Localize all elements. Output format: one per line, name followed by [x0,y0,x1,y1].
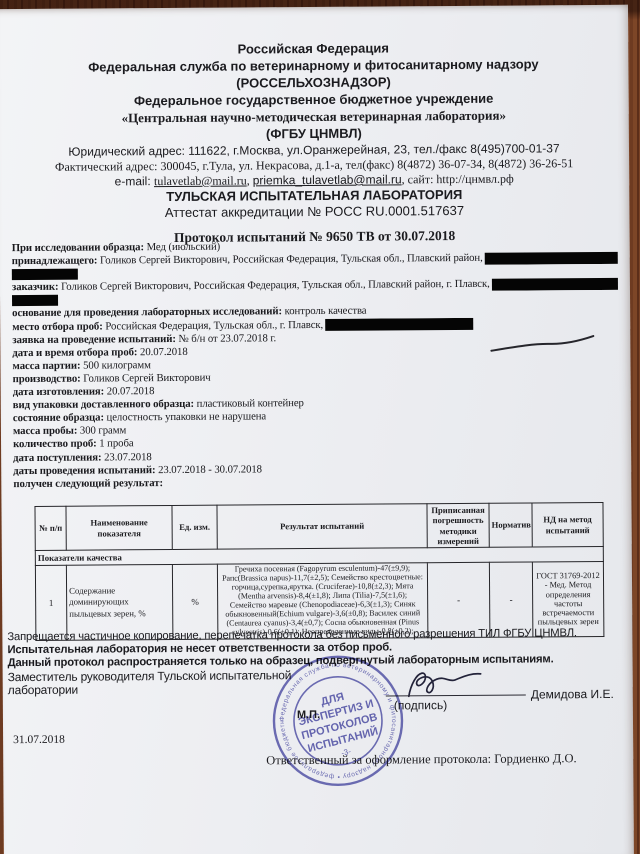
email-address-1: tulavetlab@mail.ru [154,173,247,188]
cell-name: Содержание доминирующих пыльцевых зерен,… [66,565,173,640]
email-prefix: e-mail: [115,174,154,188]
table-header-row: № п/п Наименование показателя Ед. изм. Р… [35,502,603,550]
results-table: № п/п Наименование показателя Ед. изм. Р… [34,502,604,640]
signer-name: Демидова И.Е. [531,687,614,702]
cell-norm: - [489,562,533,637]
document-page: Российская Федерация Федеральная служба … [0,5,634,854]
document-header: Российская Федерация Федеральная служба … [0,38,630,247]
protocol-date: 31.07.2018 [13,734,65,746]
redaction-bar [485,251,618,264]
redaction-bar [12,295,58,306]
col-unit: Ед. изм. [172,505,217,550]
stamp-line-5: -3- [340,747,352,758]
photo-background: Российская Федерация Федеральная служба … [0,0,640,854]
col-result: Результат испытаний [217,504,427,550]
cell-num: 1 [35,565,67,639]
redaction-bar [492,277,618,290]
col-name: Наименование показателя [66,505,172,550]
col-error: Приписанная погрешность методики измерен… [427,503,489,548]
handwritten-stroke [488,332,596,355]
lab-stamp: Федеральная служба по ветеринарному и фи… [270,652,407,794]
header-accreditation: Аттестат аккредитации № РОСС RU.0001.517… [0,202,629,222]
site-suffix: , сайт: http://цнмвл.рф [402,172,514,187]
redaction-bar [325,318,473,331]
field-result-intro: получен следующий результат: [13,474,619,491]
email-address-2: priemka_tulavetlab@mail.ru [253,172,402,187]
sample-info: При исследовании образца: Мед (июльский)… [12,238,620,491]
col-num: № п/п [35,506,66,550]
col-method: НД на метод испытаний [532,502,603,547]
col-norm: Норматив [489,503,532,548]
cell-unit: % [172,564,218,639]
cell-error: - [427,563,490,638]
redaction-bar [12,269,78,281]
cell-method: ГОСТ 31769-2012 - Мед. Метод определения… [532,562,604,637]
cell-result: Гречиха посевная (Fagopyrum esculentum)-… [217,563,428,639]
